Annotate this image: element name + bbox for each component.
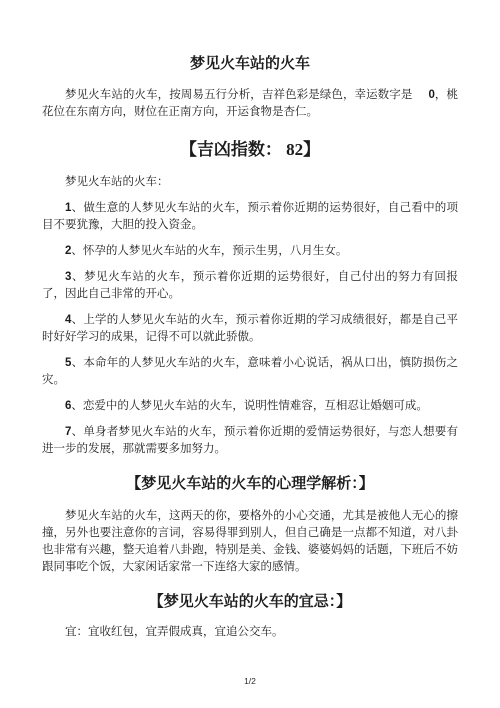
item-text: 、做生意的人梦见火车站的火车，预示着你近期的运势很好，自己看中的项目不要犹豫，大… — [42, 202, 458, 231]
yi-line: 宜：宜收红包，宜弄假成真，宜追公交车。 — [42, 624, 458, 641]
intro-paragraph: 梦见火车站的火车，按周易五行分析，吉祥色彩是绿色，幸运数字是0，桃花位在东南方向… — [42, 87, 458, 121]
psychology-paragraph: 梦见火车站的火车，这两天的你，要格外的小心交通，尤其是被他人无心的擦撞，另外也要… — [42, 508, 458, 576]
list-item: 1、做生意的人梦见火车站的火车，预示着你近期的运势很好，自己看中的项目不要犹豫，… — [42, 200, 458, 234]
item-text: 、单身者梦见火车站的火车，预示着你近期的爱情运势很好，与恋人想要有进一步的发展，… — [42, 426, 458, 455]
list-item: 3、梦见火车站的火车，预示着你近期的运势很好，自己付出的努力有回报了，因此自己非… — [42, 269, 458, 303]
yiji-heading: 【梦见火车站的火车的宜忌：】 — [42, 592, 458, 613]
page-number: 1/2 — [0, 676, 500, 686]
list-item: 2、怀孕的人梦见火车站的火车，预示生男，八月生女。 — [42, 243, 458, 260]
intro-text-before: 梦见火车站的火车，按周易五行分析，吉祥色彩是绿色，幸运数字是 — [65, 89, 412, 101]
list-item: 7、单身者梦见火车站的火车，预示着你近期的爱情运势很好，与恋人想要有进一步的发展… — [42, 424, 458, 458]
item-text: 、梦见火车站的火车，预示着你近期的运势很好，自己付出的努力有回报了，因此自己非常… — [42, 271, 458, 300]
list-item: 4、上学的人梦见火车站的火车，预示着你近期的学习成绩很好，都是自己平时好好学习的… — [42, 312, 458, 346]
psychology-heading: 【梦见火车站的火车的心理学解析：】 — [42, 474, 458, 495]
page-title: 梦见火车站的火车 — [42, 54, 458, 74]
item-text: 、上学的人梦见火车站的火车，预示着你近期的学习成绩很好，都是自己平时好好学习的成… — [42, 314, 458, 343]
document-page: 梦见火车站的火车 梦见火车站的火车，按周易五行分析，吉祥色彩是绿色，幸运数字是0… — [0, 0, 500, 708]
list-lead: 梦见火车站的火车： — [42, 174, 458, 191]
item-text: 、怀孕的人梦见火车站的火车，预示生男，八月生女。 — [71, 245, 347, 257]
list-item: 5、本命年的人梦见火车站的火车，意味着小心说话，祸从口出，慎防损伤之灾。 — [42, 355, 458, 389]
list-item: 6、恋爱中的人梦见火车站的火车，说明性情难容，互相忍让婚姻可成。 — [42, 398, 458, 415]
item-text: 、恋爱中的人梦见火车站的火车，说明性情难容，互相忍让婚姻可成。 — [71, 400, 428, 412]
item-text: 、本命年的人梦见火车站的火车，意味着小心说话，祸从口出，慎防损伤之灾。 — [42, 357, 458, 386]
index-heading: 【吉凶指数： 82】 — [42, 138, 458, 161]
